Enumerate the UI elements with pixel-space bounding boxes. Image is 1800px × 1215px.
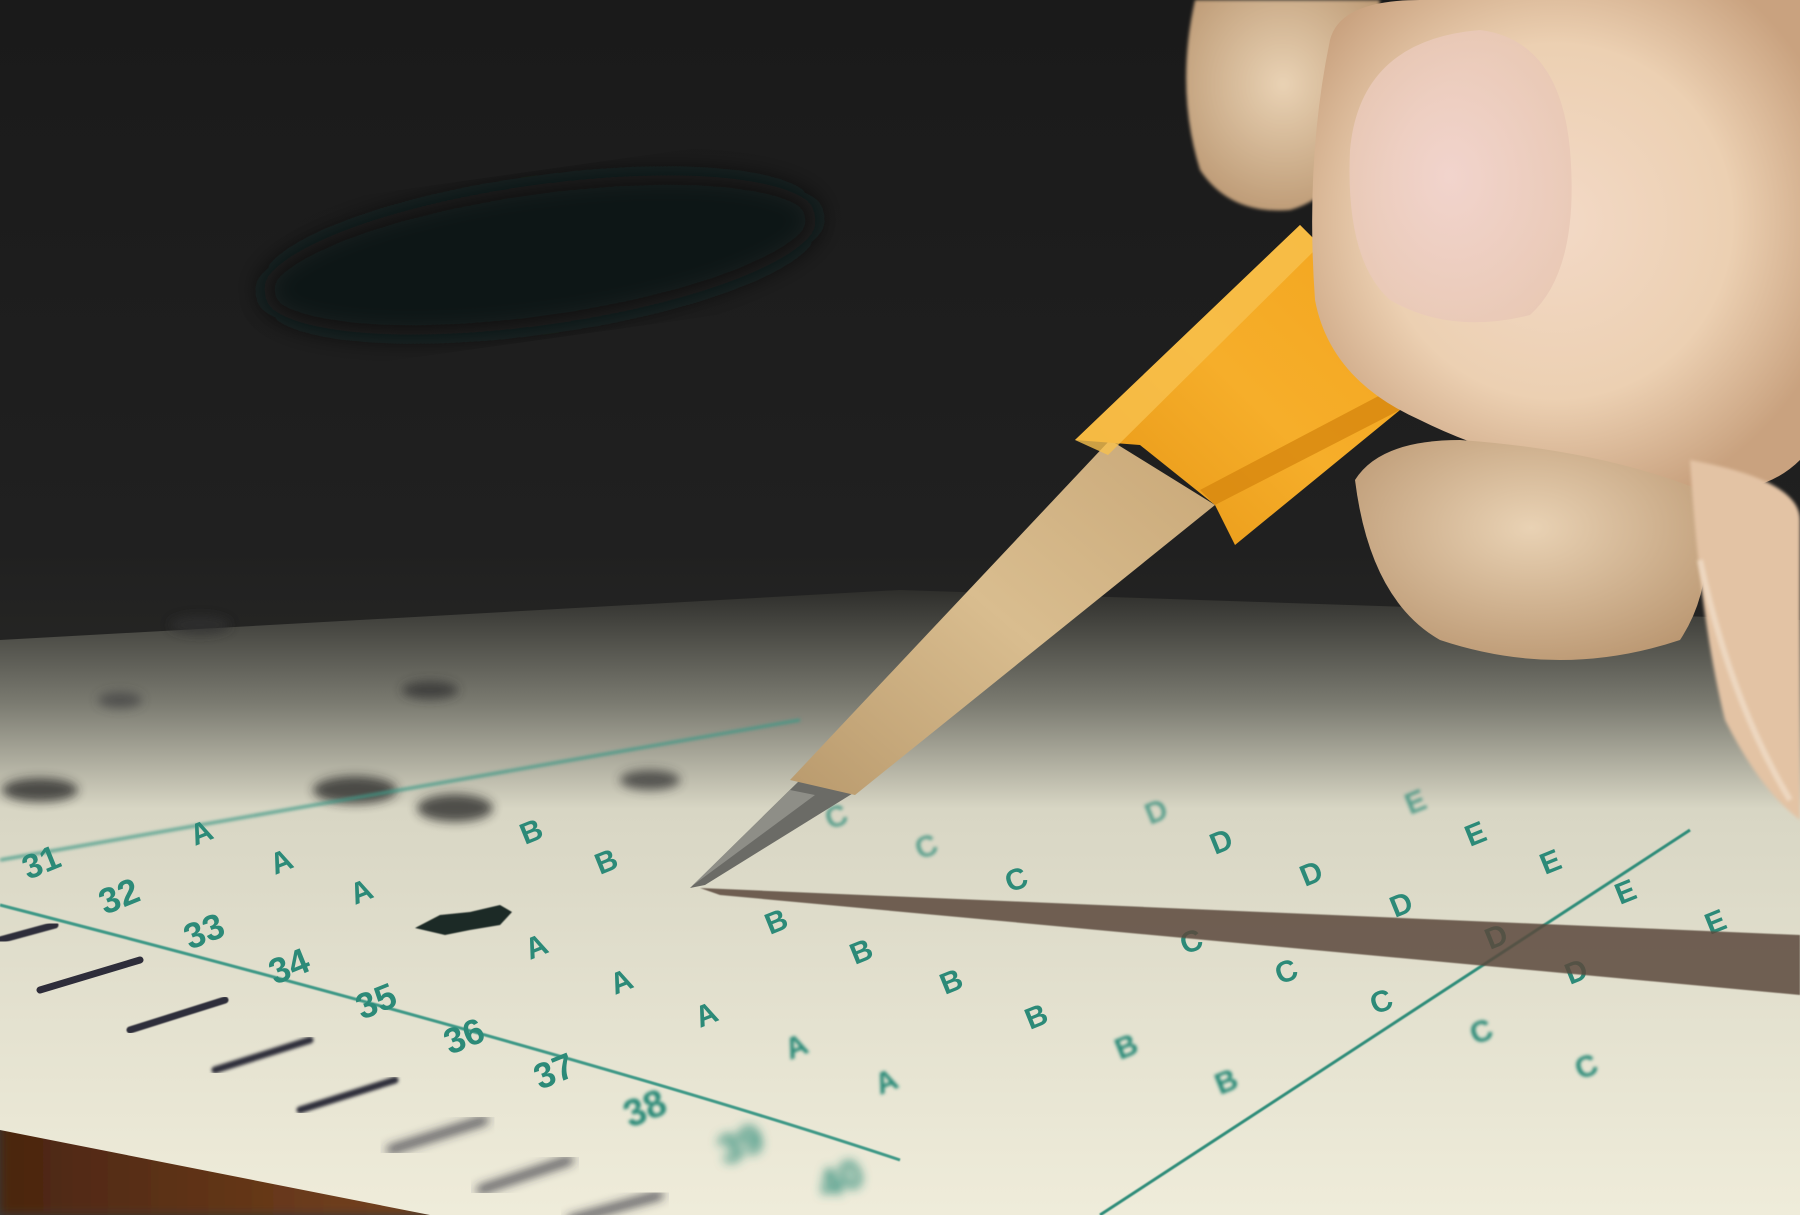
thumbnail	[1350, 30, 1572, 322]
photo-canvas: 31 32 33 34 35 36 37 38 39 40 A A A A A …	[0, 0, 1800, 1215]
photo-scene: 31 32 33 34 35 36 37 38 39 40 A A A A A …	[0, 0, 1800, 1215]
